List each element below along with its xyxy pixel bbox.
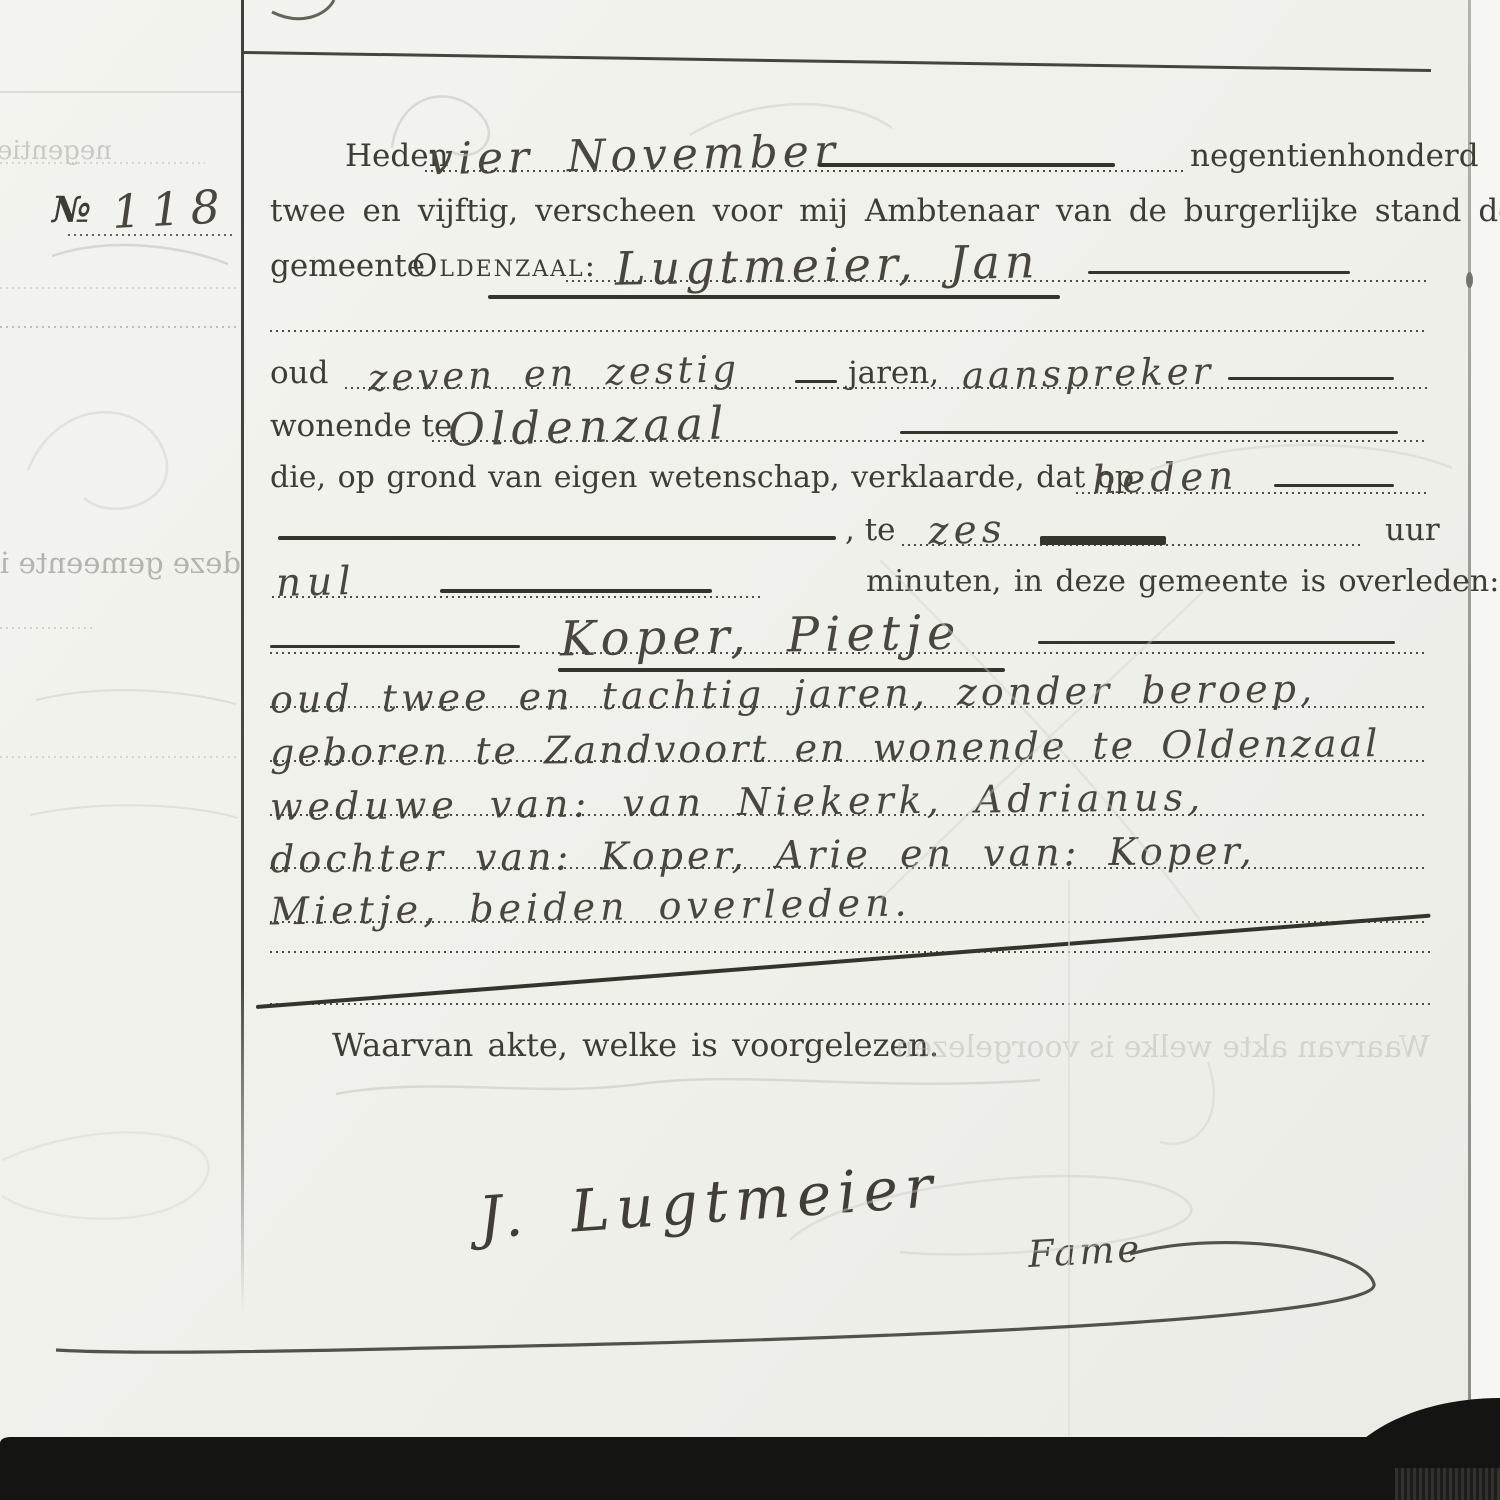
act-number-label: №: [52, 192, 91, 228]
row17-dots: [270, 1003, 1430, 1005]
label-te: , te: [845, 515, 896, 546]
handwritten-deceased-name: Koper, Pietje: [560, 605, 962, 668]
label-wonende-te: wonende te: [270, 411, 452, 442]
death-certificate-scan: negentien № 118 deze gemeente is o Heden…: [0, 0, 1500, 1500]
row9-strike: [440, 589, 712, 593]
label-jaren: jaren,: [848, 358, 939, 389]
label-negentienhonderd: negentienhonderd: [1190, 141, 1479, 172]
row1-strike: [818, 163, 1115, 167]
margin-faint-dots-4: [0, 627, 92, 629]
row16-dots: [270, 951, 1430, 953]
margin-faint-dots-1: [0, 162, 205, 164]
act-number-value: 118: [111, 179, 231, 239]
handwritten-deceased-line1: oud twee en tachtig jaren, zonder beroep…: [270, 667, 1316, 722]
scan-bed-black-bar: [0, 1437, 1500, 1500]
handwritten-declarant-residence: Oldenzaal: [447, 396, 730, 456]
row8-strike-left: [278, 536, 836, 540]
ghost-bottom-left-loop: [2, 1133, 209, 1219]
header-horizontal-rule: [242, 51, 1431, 72]
label-gemeente: gemeente: [270, 251, 425, 282]
printed-year-and-official-line: twee en vijftig, verscheen voor mij Ambt…: [270, 196, 1500, 227]
row4-dots: [270, 330, 1428, 332]
row11-dots: [270, 706, 1428, 708]
signature-declarant: J. Lugtmeier: [476, 1152, 941, 1252]
page-edge-mark: [1466, 272, 1473, 288]
margin-faint-dots-3: [0, 326, 238, 328]
handwritten-death-date: heden: [1091, 453, 1239, 503]
row14-dots: [270, 867, 1428, 869]
row8-strike-heavy: [1040, 536, 1166, 545]
handwritten-deceased-line2: geboren te Zandvoort en wonende te Olden…: [270, 721, 1381, 775]
row5-strike: [1228, 377, 1394, 380]
header-rule-bleed: [0, 91, 241, 93]
row12-dots: [270, 760, 1428, 762]
handwritten-deceased-line3: weduwe van: van Niekerk, Adrianus,: [270, 775, 1206, 829]
printed-declaration-line: die, op grond van eigen wetenschap, verk…: [270, 463, 1134, 493]
row10-strike-left: [270, 645, 520, 648]
row5-dash: [795, 380, 837, 383]
label-uur: uur: [1385, 515, 1440, 546]
label-gemeente-name: Oldenzaal:: [412, 251, 597, 282]
page-fold-shadow: [1068, 880, 1070, 1437]
ghost-margin-script-2: [30, 805, 238, 818]
handwritten-declarant-occupation: aanspreker: [962, 350, 1215, 397]
official-signature-flourish: [56, 1243, 1374, 1353]
row3-strike: [1088, 271, 1350, 274]
printed-closing-line: Waarvan akte, welke is voorgelezen.: [332, 1029, 939, 1061]
handwritten-deceased-line4: dochter van: Koper, Arie en van: Koper,: [270, 829, 1256, 882]
printed-overleden-line: minuten, in deze gemeente is overleden:: [866, 567, 1499, 597]
ghost-stroke-right-of-signature: [1160, 1062, 1214, 1144]
row15-dots: [270, 921, 1428, 923]
row13-dots: [270, 814, 1428, 816]
bleedthrough-closing-line: Waarvan akte welke is voorgelezen: [880, 1030, 1430, 1065]
signature-official: Fame: [1027, 1227, 1143, 1276]
handwritten-declarant-name: Lugtmeier, Jan: [615, 234, 1040, 295]
bleedthrough-margin-middle: deze gemeente is o: [0, 546, 241, 580]
row6-strike: [900, 431, 1398, 434]
row10-strike-right: [1038, 641, 1395, 644]
ghost-margin-loops: [28, 412, 167, 509]
margin-faint-dots-5: [0, 756, 238, 758]
handwritten-death-declaration-date: vier November: [428, 126, 841, 186]
previous-signature-remnant-stroke: [272, 0, 334, 19]
row7-strike: [1274, 484, 1394, 487]
declarant-name-underline: [488, 295, 1060, 299]
ghost-margin-under-number: [52, 245, 228, 264]
handwritten-death-hour: zes: [927, 507, 1007, 555]
handwritten-death-minutes: nul: [275, 559, 357, 606]
label-oud: oud: [270, 358, 328, 389]
ghost-margin-script-1: [36, 690, 236, 704]
margin-vertical-rule: [241, 0, 244, 1312]
handwritten-declarant-age: zeven en zestig: [368, 347, 741, 400]
ghost-script-under-closing: [336, 1079, 1040, 1094]
handwritten-deceased-line5: Mietje, beiden overleden.: [270, 881, 912, 934]
margin-faint-dots-2: [0, 287, 238, 289]
scan-bed-texture: [1395, 1468, 1500, 1500]
act-number-dots: [68, 234, 236, 236]
